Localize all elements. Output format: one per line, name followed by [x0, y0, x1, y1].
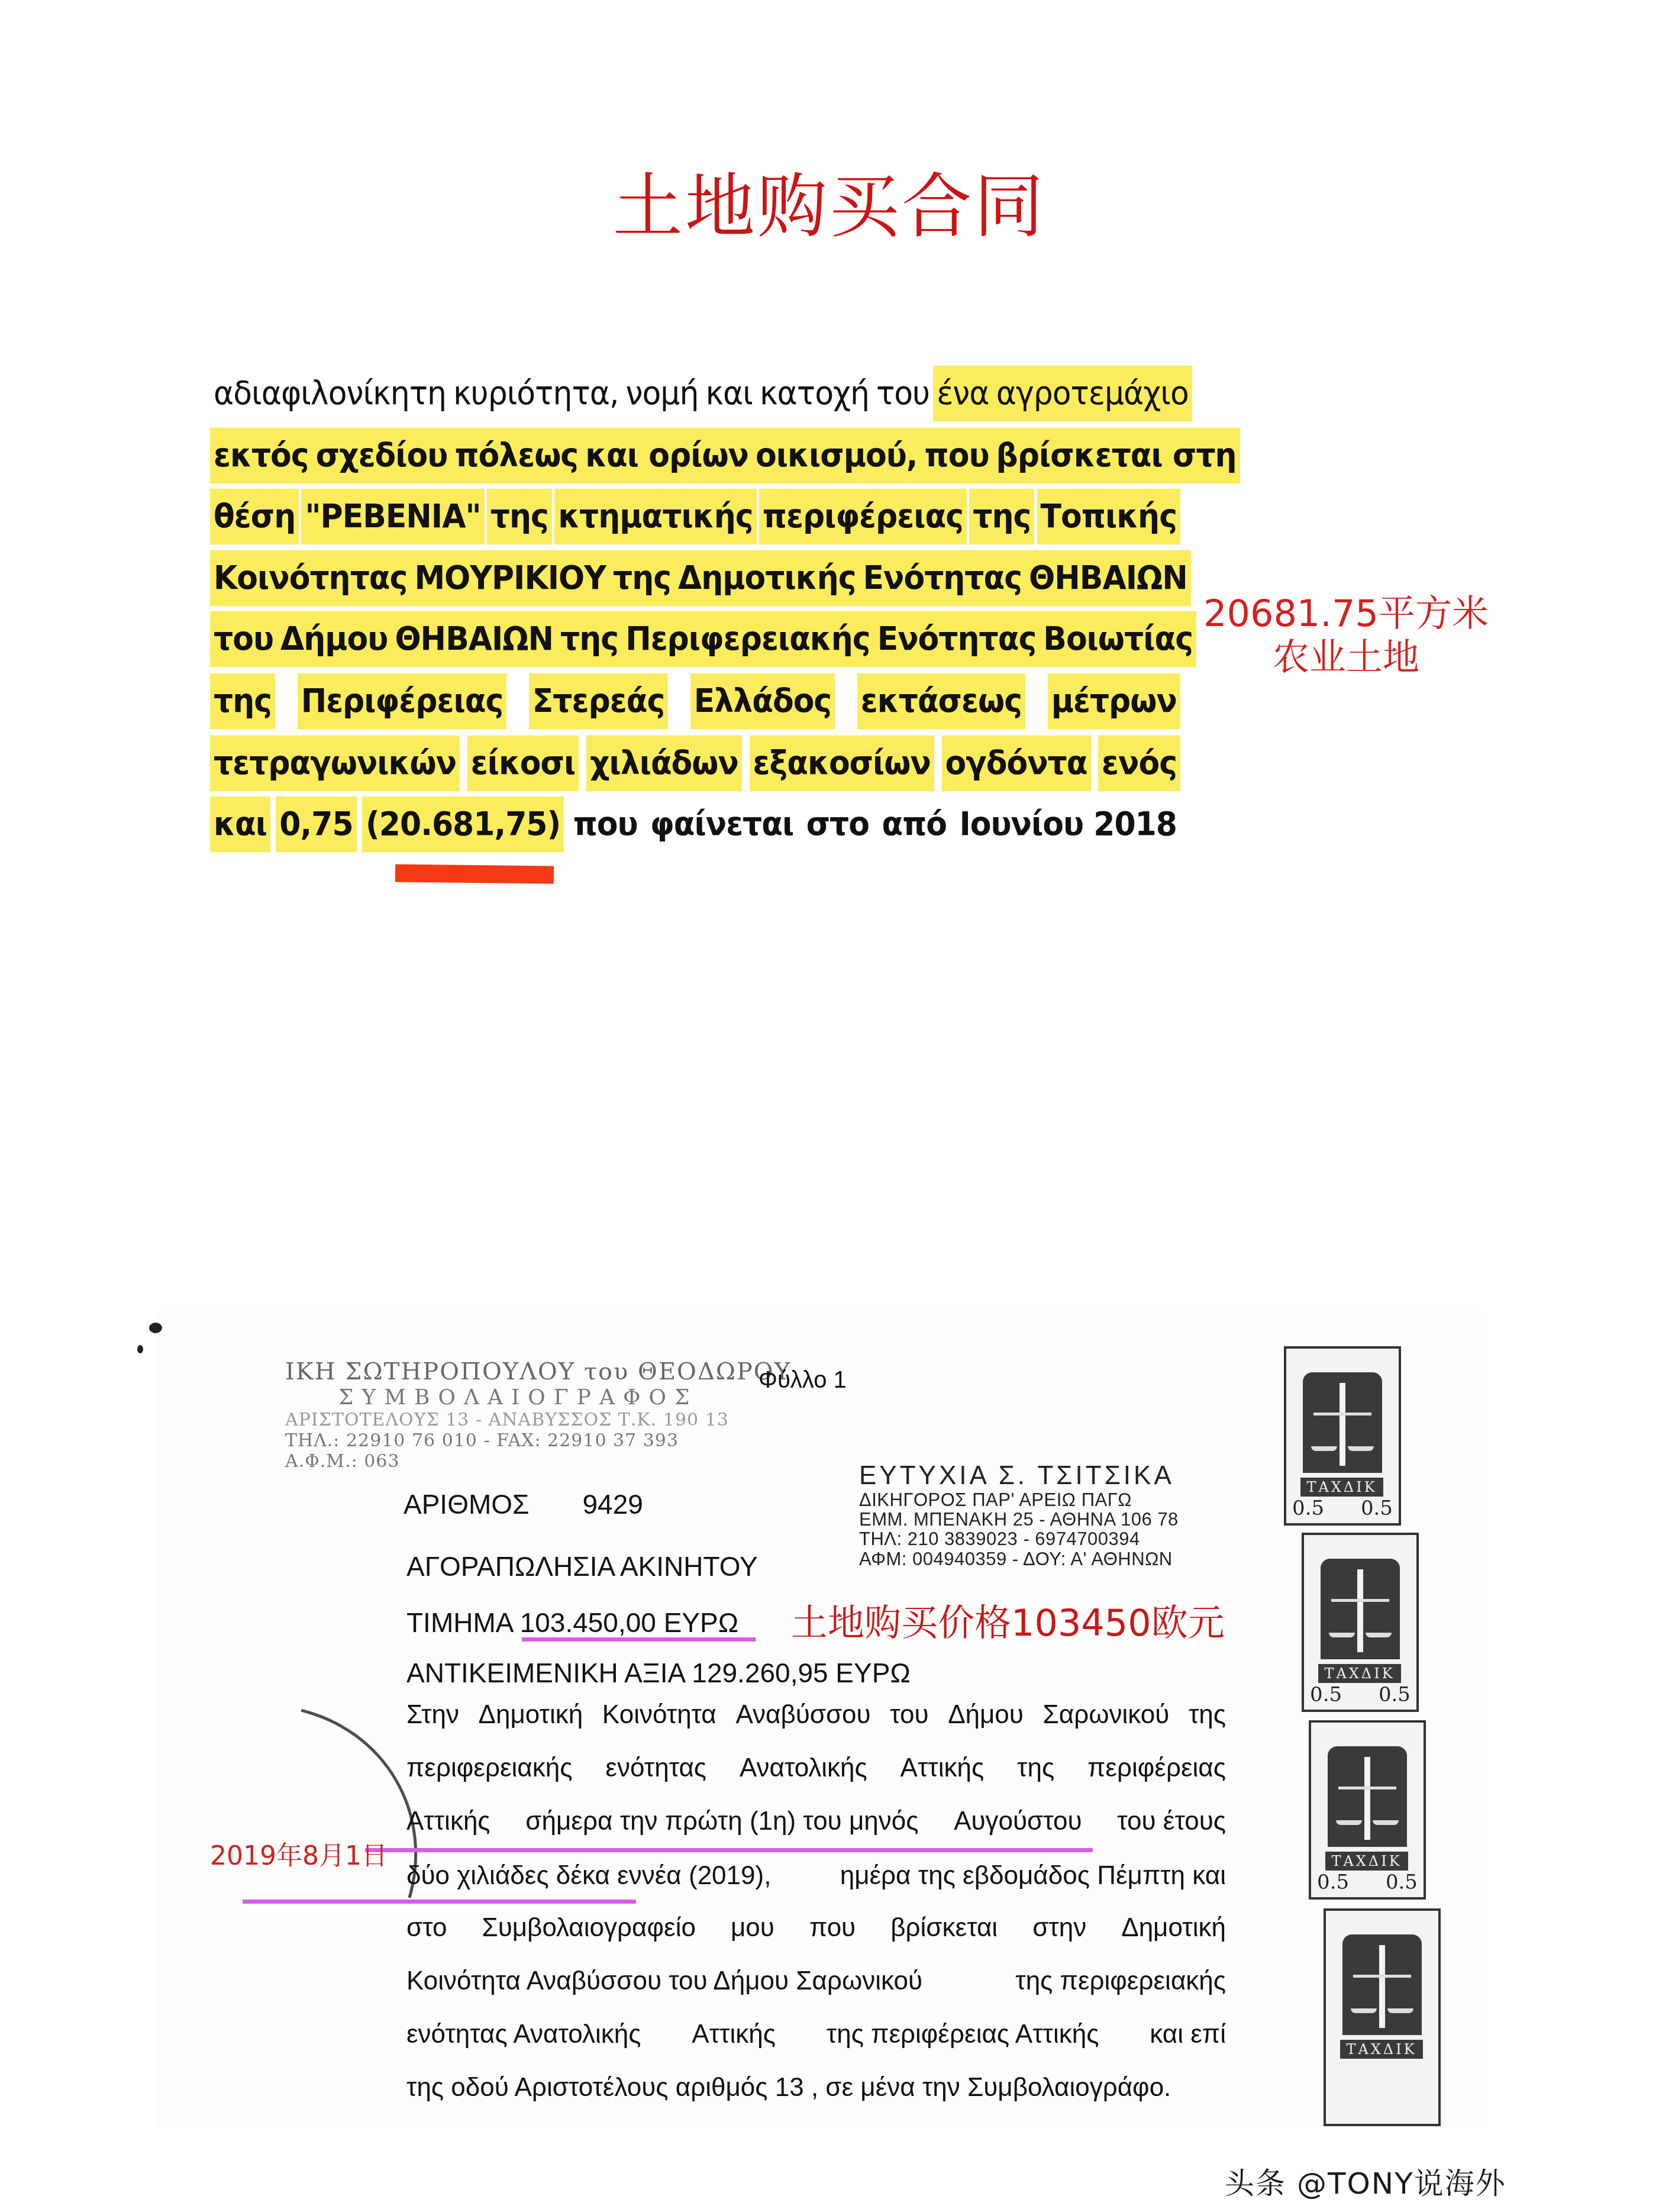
contract-number-label: ΑΡΙΘΜΟΣ — [404, 1489, 529, 1520]
word: Αττικής — [900, 1750, 985, 1786]
word: της περιφερειακής — [1015, 1963, 1226, 1999]
scales-of-justice-icon — [1303, 1372, 1382, 1473]
highlighted-word: Ενότητας — [874, 611, 1040, 668]
highlighted-word: είκοσι — [467, 736, 579, 792]
area-annotation-size: 20681.75平方米 — [1201, 592, 1491, 636]
highlighted-word: οικισμού, — [752, 428, 921, 484]
text-line: της οδού Αριστοτέλους αριθμός 13 , σε μέ… — [406, 2070, 1226, 2105]
contract-number-value: 9429 — [582, 1489, 643, 1520]
highlighted-word: και ορίων — [582, 428, 752, 484]
word: Ιουνίου 2018 — [956, 797, 1180, 853]
text-line: Αττικήςσήμερα την πρώτη (1η) του μηνόςΑυ… — [406, 1804, 1226, 1839]
scales-of-justice-icon — [1328, 1746, 1407, 1847]
word: του έτους — [1117, 1804, 1226, 1839]
word: Δημοτική — [479, 1697, 583, 1733]
text-line: θέση"ΡΕΒΕΝΙΑ"τηςκτηματικήςπεριφέρειαςτης… — [210, 489, 1180, 545]
highlighted-word: ΘΗΒΑΙΩΝ — [1025, 550, 1191, 607]
text-line: τετραγωνικώνείκοσιχιλιάδωνεξακοσίωνογδόν… — [210, 736, 1180, 792]
revenue-stamp: ΤΑΧΔΙΚ0.50.5 — [1302, 1533, 1419, 1712]
page-title: 土地购买合同 — [0, 172, 1659, 241]
price-underline-mark — [522, 1637, 756, 1642]
objective-value: ΑΝΤΙΚΕΙΜΕΝΙΚΗ ΑΞΙΑ 129.260,95 ΕΥΡΩ — [406, 1657, 911, 1689]
date-underline-mark — [365, 1848, 1093, 1852]
word: του — [890, 1697, 928, 1733]
stamp-value: 0.50.5 — [1317, 1871, 1418, 1894]
text-line: περιφερειακήςενότηταςΑνατολικήςΑττικήςτη… — [406, 1750, 1226, 1786]
highlighted-word: εκτός — [210, 428, 312, 484]
highlighted-word: χιλιάδων — [586, 736, 742, 792]
highlighted-word: κτηματικής — [554, 489, 756, 545]
document-type: ΑΓΟΡΑΠΩΛΗΣΙΑ ΑΚΙΝΗΤΟΥ — [406, 1550, 758, 1582]
highlighted-word: "ΡΕΒΕΝΙΑ" — [301, 489, 484, 545]
word: στο — [406, 1910, 447, 1946]
text-line: ενότητας ΑνατολικήςΑττικήςτης περιφέρεια… — [406, 2017, 1226, 2052]
highlighted-word: ΜΟΥΡΙΚΙΟΥ — [411, 550, 609, 607]
word: περιφερειακής — [406, 1750, 572, 1786]
word: ενότητας — [605, 1750, 706, 1786]
highlighted-word: Ελλάδος — [690, 673, 835, 730]
word: κατοχή — [756, 366, 873, 422]
text-line: και0,75(20.681,75)πουφαίνεταιστοαπόΙουνί… — [210, 797, 1180, 853]
highlighted-word: (20.681,75) — [362, 797, 564, 853]
area-annotation: 20681.75平方米 农业土地 — [1201, 592, 1491, 680]
word: ενότητας Ανατολικής — [406, 2017, 641, 2052]
date-underline-mark — [243, 1900, 636, 1904]
date-annotation: 2019年8月1日 — [210, 1834, 388, 1872]
word: Αττικής — [406, 1804, 490, 1839]
highlighted-word: Στερεάς — [529, 673, 668, 730]
highlighted-word: Κοινότητας — [210, 550, 411, 607]
highlighted-word: Ενότητας — [859, 550, 1025, 607]
notary-stamp: ΙΚΗ ΣΩΤΗΡΟΠΟΥΛΟΥ του ΘΕΟΔΩΡΟΥ ΣΥΜΒΟΛΑΙΟΓ… — [285, 1358, 806, 1472]
highlighted-word: Δήμου — [277, 611, 391, 668]
text-line: δύο χιλιάδες δέκα εννέα (2019),ημέρα της… — [406, 1858, 1226, 1894]
word: σήμερα την πρώτη (1η) του μηνός — [525, 1804, 918, 1839]
highlighted-word: Περιφέρειας — [298, 673, 507, 730]
highlighted-word: του — [210, 611, 277, 668]
area-annotation-type: 农业土地 — [1201, 636, 1491, 679]
highlighted-word: περιφέρειας — [759, 489, 967, 545]
price-annotation: 土地购买价格103450欧元 — [791, 1594, 1225, 1646]
price-row: ΤΙΜΗΜΑ 103.450,00 ΕΥΡΩ — [406, 1607, 738, 1639]
highlighted-word: σχεδίου — [312, 428, 451, 484]
word: στο — [803, 797, 873, 853]
text-line: στοΣυμβολαιογραφείομουπουβρίσκεταιστηνΔη… — [406, 1910, 1226, 1946]
word: και επί — [1150, 2017, 1226, 2052]
word: βρίσκεται — [890, 1910, 998, 1946]
word: Αυγούστου — [954, 1804, 1082, 1839]
highlighted-word: και — [210, 797, 270, 853]
ink-speck — [137, 1345, 143, 1353]
word: φαίνεται — [647, 797, 797, 853]
word: που — [570, 797, 641, 853]
word: μου — [731, 1910, 774, 1946]
word: από — [878, 797, 950, 853]
word: Στην — [406, 1697, 459, 1733]
area-underline-mark — [395, 865, 554, 884]
stamp-label: ΤΑΧΔΙΚ — [1318, 1664, 1401, 1683]
text-line: Κοινότητα Αναβύσσου του Δήμου Σαρωνικούτ… — [406, 1963, 1226, 1999]
highlighted-word: βρίσκεται στη — [993, 428, 1240, 484]
watermark: 头条 @TONY说海外 — [1225, 2160, 1506, 2203]
highlighted-word: ενός — [1098, 736, 1180, 792]
word: της περιφέρειας Αττικής — [827, 2017, 1099, 2052]
ink-speck — [149, 1323, 162, 1333]
stamp-value: 0.50.5 — [1310, 1683, 1411, 1707]
highlighted-word: της — [609, 550, 674, 607]
word: και — [702, 366, 756, 422]
highlighted-word: εκτάσεως — [857, 673, 1025, 730]
highlighted-word: ένα — [933, 366, 992, 422]
stamp-label: ΤΑΧΔΙΚ — [1300, 1478, 1383, 1497]
text-line: ΣτηνΔημοτικήΚοινότηταΑναβύσσουτουΔήμουΣα… — [406, 1697, 1226, 1733]
word: Αναβύσσου — [735, 1697, 870, 1733]
stamp-value: 0.50.5 — [1292, 1497, 1393, 1520]
highlighted-word: εξακοσίων — [750, 736, 934, 792]
word: Ανατολικής — [740, 1750, 867, 1786]
contract-number: ΑΡΙΘΜΟΣ9429 — [404, 1488, 643, 1520]
word: στην — [1032, 1910, 1086, 1946]
revenue-stamp: ΤΑΧΔΙΚ — [1324, 1908, 1441, 2126]
word: Αττικής — [692, 2017, 776, 2052]
highlighted-word: αγροτεμάχιο — [993, 366, 1192, 422]
highlighted-word: 0,75 — [276, 797, 356, 853]
highlighted-word: θέση — [210, 489, 299, 545]
word: περιφέρειας — [1087, 1750, 1226, 1786]
highlighted-word: της — [557, 611, 622, 668]
word: κυριότητα, — [450, 366, 622, 422]
word: Κοινότητα — [602, 1697, 716, 1733]
scales-of-justice-icon — [1342, 1934, 1422, 2035]
text-line: τηςΠεριφέρειαςΣτερεάςΕλλάδοςεκτάσεωςμέτρ… — [210, 673, 1180, 730]
word: Δήμου — [948, 1697, 1024, 1733]
highlighted-word: Τοπικής — [1037, 489, 1180, 545]
word: της — [1189, 1697, 1226, 1733]
highlighted-word: πόλεως — [451, 428, 582, 484]
highlighted-word: της — [969, 489, 1034, 545]
word: της οδού Αριστοτέλους αριθμός 13 , σε μέ… — [406, 2070, 1171, 2105]
word: του — [873, 366, 933, 422]
word: νομή — [622, 366, 702, 422]
word: Σαρωνικού — [1043, 1697, 1170, 1733]
text-line: ΚοινότηταςΜΟΥΡΙΚΙΟΥτηςΔημοτικήςΕνότηταςΘ… — [210, 550, 1180, 607]
word: της — [1017, 1750, 1054, 1786]
highlighted-word: ογδόντα — [942, 736, 1091, 792]
text-line: εκτόςσχεδίουπόλεωςκαι ορίωνοικισμού,πουβ… — [210, 428, 1180, 484]
word: που — [809, 1910, 856, 1946]
word: δύο χιλιάδες δέκα εννέα (2019), — [406, 1858, 771, 1894]
price-label: ΤΙΜΗΜΑ — [406, 1607, 512, 1638]
word: Κοινότητα Αναβύσσου του Δήμου Σαρωνικού — [406, 1963, 922, 1999]
highlighted-word: της — [487, 489, 552, 545]
text-line: αδιαφιλονίκητηκυριότητα,νομήκαικατοχήτου… — [210, 366, 1180, 422]
highlighted-word: που — [921, 428, 993, 484]
word: ημέρα της εβδομάδος Πέμπτη και — [840, 1858, 1226, 1894]
stamp-label: ΤΑΧΔΙΚ — [1325, 1852, 1408, 1871]
highlighted-word: ΘΗΒΑΙΩΝ — [391, 611, 557, 668]
highlighted-word: Περιφερειακής — [622, 611, 874, 668]
sheet-number: Φύλλο 1 — [759, 1367, 847, 1394]
lawyer-stamp: ΕΥΤΥΧΙΑ Σ. ΤΣΙΤΣΙΚΑ ΔΙΚΗΓΟΡΟΣ ΠΑΡ' ΑΡΕΙΩ… — [859, 1462, 1190, 1569]
price-value: 103.450,00 ΕΥΡΩ — [520, 1607, 738, 1638]
word: Συμβολαιογραφείο — [482, 1910, 695, 1946]
highlighted-word: μέτρων — [1048, 673, 1180, 730]
word: αδιαφιλονίκητη — [210, 366, 450, 422]
text-line: τουΔήμουΘΗΒΑΙΩΝτηςΠεριφερειακήςΕνότηταςΒ… — [210, 611, 1180, 668]
scales-of-justice-icon — [1321, 1559, 1400, 1659]
highlighted-word: τετραγωνικών — [210, 736, 460, 792]
revenue-stamp: ΤΑΧΔΙΚ0.50.5 — [1309, 1720, 1426, 1900]
revenue-stamp: ΤΑΧΔΙΚ0.50.5 — [1284, 1346, 1401, 1526]
word: Δημοτική — [1121, 1910, 1226, 1946]
highlighted-word: Βοιωτίας — [1040, 611, 1196, 668]
highlighted-word: της — [210, 673, 275, 730]
highlighted-word: Δημοτικής — [674, 550, 860, 607]
stamp-label: ΤΑΧΔΙΚ — [1340, 2040, 1423, 2059]
